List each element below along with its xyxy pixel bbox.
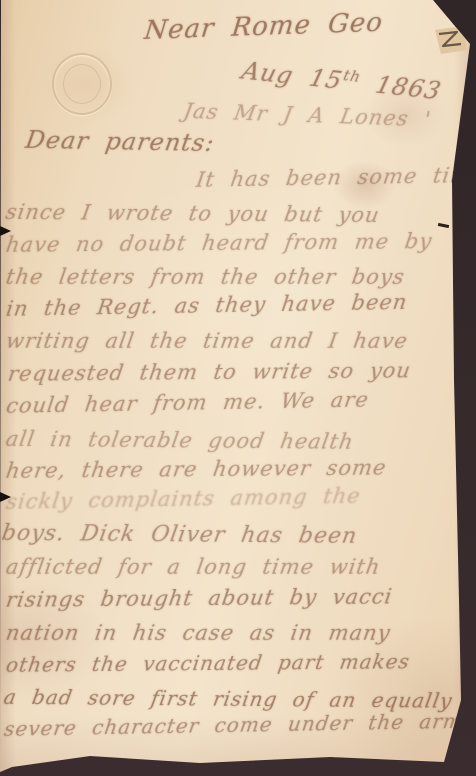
letter-line: in the Regt. as they have been — [5, 290, 410, 321]
letter-line: severe character come under the arm — [3, 709, 465, 741]
letter-line: boys. Dick Oliver has been — [0, 521, 359, 549]
letter-line: others the vaccinated part makes — [4, 649, 411, 677]
letter-salutation: Dear parents: — [24, 126, 217, 157]
corner-fold-mark-icon — [433, 24, 469, 56]
letter-place-line: Near Rome Geo — [143, 8, 385, 46]
right-edge-tear-mark — [438, 223, 449, 228]
letter-line: afflicted for a long time with — [4, 555, 382, 579]
letter-line: a bad sore first rising of an equally — [2, 685, 454, 713]
date-ordinal-suffix: th — [341, 66, 363, 85]
embossed-seal-inner-ring — [63, 64, 101, 104]
date-year: 1863 — [373, 71, 445, 105]
date-prefix: Aug 15 — [239, 57, 346, 95]
letter-line: have no doubt heard from me by — [4, 229, 434, 257]
embossed-seal-icon — [52, 53, 112, 115]
letter-line: the letters from the other boys — [4, 265, 406, 289]
scanned-letter-page: Near Rome Geo Aug 15th 1863 Jas Mr J A L… — [0, 0, 476, 776]
letter-line: writing all the time and I have — [4, 329, 410, 353]
letter-line: since I wrote to you but you — [4, 200, 382, 227]
letter-line: It has been some time — [195, 163, 476, 192]
letter-line: nation in his case as in many — [4, 621, 392, 645]
letter-line: requested them to write so you — [6, 358, 412, 386]
letter-line: sickly complaints among the — [5, 484, 363, 514]
letter-line: could hear from me. We are — [5, 388, 371, 418]
letter-date-line: Aug 15th 1863 — [239, 56, 445, 105]
left-edge-notch-mark — [0, 226, 11, 236]
letter-line: here, there are however some — [4, 456, 388, 483]
letter-line: all in tolerable good health — [4, 427, 356, 454]
letter-paper: Near Rome Geo Aug 15th 1863 Jas Mr J A L… — [0, 0, 476, 776]
letter-name-line: Jas Mr J A Lones ' — [182, 99, 433, 131]
letter-line: risings brought about by vacci — [4, 585, 394, 612]
left-edge-notch-mark — [0, 492, 11, 502]
